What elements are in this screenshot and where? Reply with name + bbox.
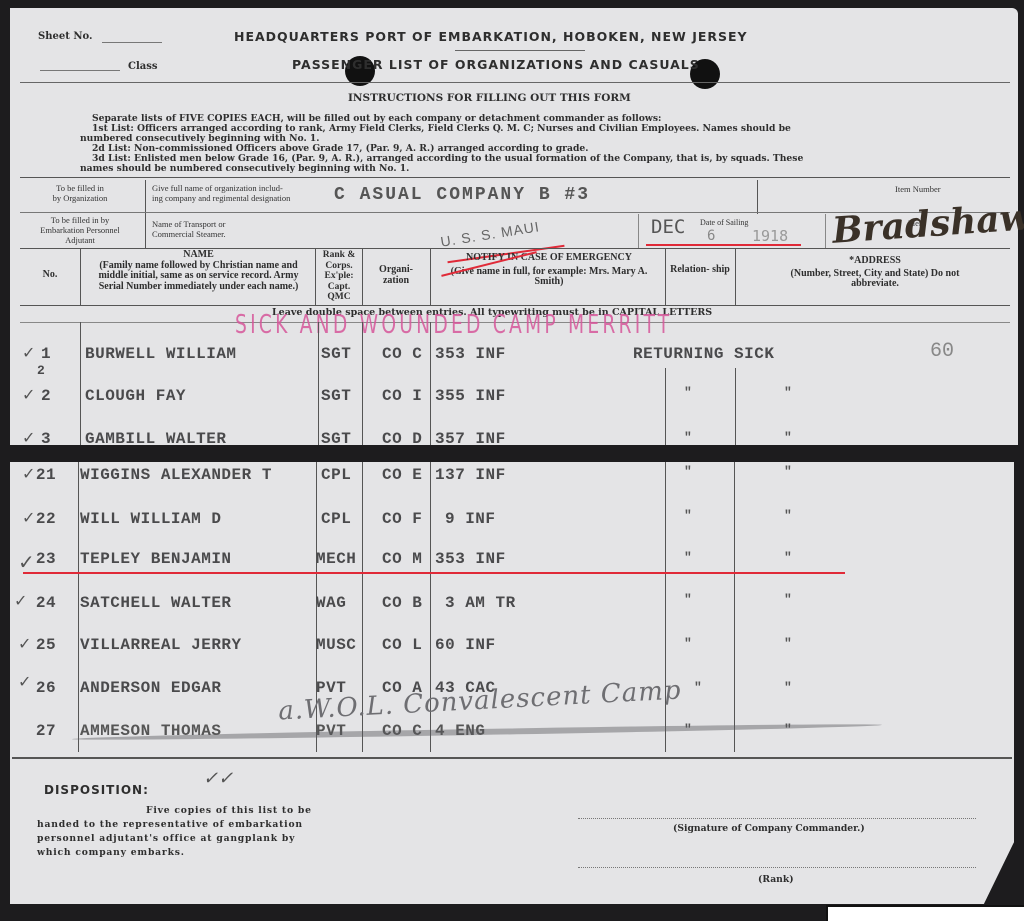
date-month: DEC xyxy=(651,216,685,238)
body-divider-6b xyxy=(734,462,735,752)
row-name: TEPLEY BENJAMIN xyxy=(80,550,232,568)
column-header-bottom-rule xyxy=(20,305,1010,306)
org-name-prompt: Give full name of organization includ- i… xyxy=(152,183,290,203)
row-relationship: " xyxy=(784,550,792,565)
row-notify: " xyxy=(684,508,692,523)
col-header-notify: NOTIFY IN CASE OF EMERGENCY (Give name i… xyxy=(440,253,658,288)
rank-line[interactable] xyxy=(578,867,976,868)
disposition-check-icon: ✓✓ xyxy=(203,768,233,789)
row-relationship: " xyxy=(784,385,792,400)
item-number-divider xyxy=(757,180,758,214)
row-relationship: " xyxy=(784,508,792,523)
row-name: WILL WILLIAM D xyxy=(80,510,221,528)
camp-merritt-stamp: SICK AND WOUNDED CAMP MERRITT xyxy=(235,310,672,340)
col-divider-4 xyxy=(430,248,431,305)
row-number: 24 xyxy=(28,594,64,612)
row-number: 25 xyxy=(28,636,64,654)
fold-gap-cover xyxy=(0,445,1024,462)
row-relationship: " xyxy=(784,430,792,445)
page-number: 60 xyxy=(930,340,954,363)
org-divider xyxy=(145,180,146,248)
disposition-text-4: which company embarks. xyxy=(37,847,185,858)
sheet-no-label: Sheet No. xyxy=(38,31,92,42)
red-underline-row-23 xyxy=(23,572,845,574)
pier-divider xyxy=(825,214,826,248)
row-unit: 353 INF xyxy=(435,345,506,363)
col-divider-1 xyxy=(80,248,81,305)
sheet-no-field xyxy=(102,42,162,43)
col-header-address: *ADDRESS (Number, Street, City and State… xyxy=(775,256,975,290)
body-divider-1b xyxy=(78,462,79,752)
title-line-1: HEADQUARTERS PORT OF EMBARKATION, HOBOKE… xyxy=(234,29,748,44)
signature-label: (Signature of Company Commander.) xyxy=(673,823,865,834)
body-divider-2 xyxy=(318,322,319,445)
disposition-label: DISPOSITION: xyxy=(44,783,149,797)
disposition-text-2: handed to the representative of embarkat… xyxy=(37,819,303,830)
org-name-value: C ASUAL COMPANY B #3 xyxy=(334,185,590,205)
date-label: Date of Sailing xyxy=(700,218,748,228)
row-company: CO B xyxy=(382,594,422,612)
row-unit: 60 INF xyxy=(435,636,496,654)
date-day: 6 xyxy=(707,228,715,244)
bottom-right-label-box xyxy=(826,905,1024,921)
row-name: WIGGINS ALEXANDER T xyxy=(80,466,272,484)
col-divider-3 xyxy=(362,248,363,305)
checkmark-icon: ✓ xyxy=(14,591,27,610)
row-notify: " xyxy=(684,636,692,651)
row-name: ANDERSON EDGAR xyxy=(80,679,221,697)
row-unit: 3 AM TR xyxy=(445,594,516,612)
body-divider-5 xyxy=(665,368,666,445)
red-underline-date xyxy=(646,244,801,246)
row-name: VILLARREAL JERRY xyxy=(80,636,242,654)
row-notify: " xyxy=(694,680,702,695)
row-number: 2 xyxy=(28,387,64,405)
row-relationship: " xyxy=(784,464,792,479)
date-year: 1918 xyxy=(752,227,788,245)
class-label: Class xyxy=(128,61,158,72)
row-notify: " xyxy=(684,464,692,479)
col-header-organization: Organi- zation xyxy=(366,265,426,286)
item-number-label: Item Number xyxy=(895,184,941,194)
transport-prompt: Name of Transport or Commercial Steamer. xyxy=(152,219,226,239)
col-header-name: NAME (Family name followed by Christian … xyxy=(86,250,311,292)
row-unit: 9 INF xyxy=(445,510,496,528)
row-rank: MUSC xyxy=(316,636,356,654)
embark-label: To be filled in by Embarkation Personnel… xyxy=(25,215,135,245)
row-name: SATCHELL WALTER xyxy=(80,594,232,612)
org-fill-label: To be filled in by Organization xyxy=(50,183,110,203)
class-field xyxy=(40,70,120,71)
row-notify: " xyxy=(684,592,692,607)
row-rank: CPL xyxy=(321,466,351,484)
body-divider-3 xyxy=(362,322,363,445)
signature-line[interactable] xyxy=(578,818,976,819)
row-notify: RETURNING SICK xyxy=(633,345,774,363)
row-unit: 353 INF xyxy=(435,550,506,568)
row-number: 1 xyxy=(28,345,64,363)
header-rule xyxy=(20,82,1010,83)
column-header-top-rule xyxy=(20,248,1010,249)
col-header-rank: Rank & Corps. Ex'ple: Capt. QMC xyxy=(317,250,361,303)
instructions-title: INSTRUCTIONS FOR FILLING OUT THIS FORM xyxy=(348,93,631,104)
row-name: CLOUGH FAY xyxy=(85,387,186,405)
body-divider-6 xyxy=(735,368,736,445)
row-company: CO F xyxy=(382,510,422,528)
row-number: 26 xyxy=(28,679,64,697)
col-header-relationship: Relation- ship xyxy=(668,265,732,276)
row-number: 23 xyxy=(28,550,64,568)
row-rank: MECH xyxy=(316,550,356,568)
col-header-no: No. xyxy=(20,270,80,281)
row-unit: 137 INF xyxy=(435,466,506,484)
row-relationship: " xyxy=(784,680,792,695)
row-company: CO C xyxy=(382,345,422,363)
row-number: 22 xyxy=(28,510,64,528)
date-divider xyxy=(638,214,639,248)
title-line-2: PASSENGER LIST OF ORGANIZATIONS AND CASU… xyxy=(292,57,700,72)
instructions-rule xyxy=(20,177,1010,178)
row-notify: " xyxy=(684,385,692,400)
title-divider xyxy=(455,50,585,51)
body-divider-4 xyxy=(430,322,431,445)
row-number: 27 xyxy=(28,722,64,740)
row-relationship: " xyxy=(784,592,792,607)
col-divider-2 xyxy=(315,248,316,305)
row-company: CO L xyxy=(382,636,422,654)
row-rank: WAG xyxy=(316,594,346,612)
row-company: CO M xyxy=(382,550,422,568)
row-notify: " xyxy=(684,550,692,565)
row-rank: SGT xyxy=(321,387,351,405)
rank-label: (Rank) xyxy=(758,874,794,885)
instructions-line-6: names should be numbered consecutively b… xyxy=(80,163,409,174)
row-number: 21 xyxy=(28,466,64,484)
row-relationship: " xyxy=(784,636,792,651)
row-rank: SGT xyxy=(321,345,351,363)
row-company: CO I xyxy=(382,387,422,405)
row-number-correction: 2 xyxy=(37,363,45,378)
row-notify: " xyxy=(684,430,692,445)
body-divider-1 xyxy=(80,322,81,445)
col-divider-5 xyxy=(665,248,666,305)
col-divider-6 xyxy=(735,248,736,305)
table-bottom-rule xyxy=(12,757,1012,759)
body-divider-5b xyxy=(665,462,666,752)
row-company: CO E xyxy=(382,466,422,484)
row-name: BURWELL WILLIAM xyxy=(85,345,237,363)
row-unit: 355 INF xyxy=(435,387,506,405)
row-rank: CPL xyxy=(321,510,351,528)
disposition-text-3: personnel adjutant's office at gangplank… xyxy=(37,833,295,844)
disposition-text-1: Five copies of this list to be xyxy=(146,805,312,816)
